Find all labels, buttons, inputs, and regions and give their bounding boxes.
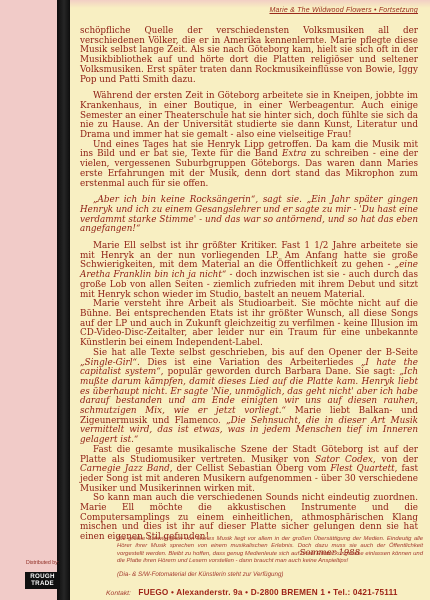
rough-trade-logo-line2: TRADE [25, 581, 60, 588]
photo-availability-note: (Dia- & S/W-Fotomaterial der Künstlerin … [117, 571, 283, 578]
paragraph: Fast die gesamte musikalische Szene der … [80, 446, 418, 495]
scanned-press-sheet: Marie & The Wildwood Flowers • Fortsetzu… [0, 0, 430, 600]
distributed-by-label: Distributed by: [26, 560, 66, 566]
page-title: Marie & The Wildwood Flowers • Fortsetzu… [80, 7, 418, 14]
text-column: Marie & The Wildwood Flowers • Fortsetzu… [80, 7, 418, 558]
paragraph: Während der ersten Zeit in Göteborg arbe… [80, 92, 418, 141]
footer-note: Die größte Schwierigkeit von Maries Musi… [117, 536, 423, 565]
scan-left-margin [0, 0, 57, 600]
contact-label: Kontakt: [106, 590, 131, 597]
paragraph: Und eines Tages hat sie Henryk Lipp getr… [80, 141, 418, 190]
paragraph: Sie hat alle Texte selbst geschrieben, b… [80, 349, 418, 446]
contact-value: FUEGO • Alexanderstr. 9a • D-2800 BREMEN… [138, 588, 397, 597]
paragraph: schöpfliche Quelle der verschiedensten V… [80, 27, 418, 85]
rough-trade-logo: ROUGH TRADE [25, 572, 60, 589]
paragraph: „Aber ich bin keine Rocksängerin“, sagt … [80, 196, 418, 235]
paragraph: Marie versteht ihre Arbeit als Studioarb… [80, 300, 418, 349]
paragraph: Marie Ell selbst ist ihr größter Kritike… [80, 242, 418, 300]
body-paragraphs: schöpfliche Quelle der verschiedensten V… [80, 27, 418, 543]
binding-bar [57, 0, 70, 600]
contact-line: Kontakt: FUEGO • Alexanderstr. 9a • D-28… [106, 582, 426, 600]
